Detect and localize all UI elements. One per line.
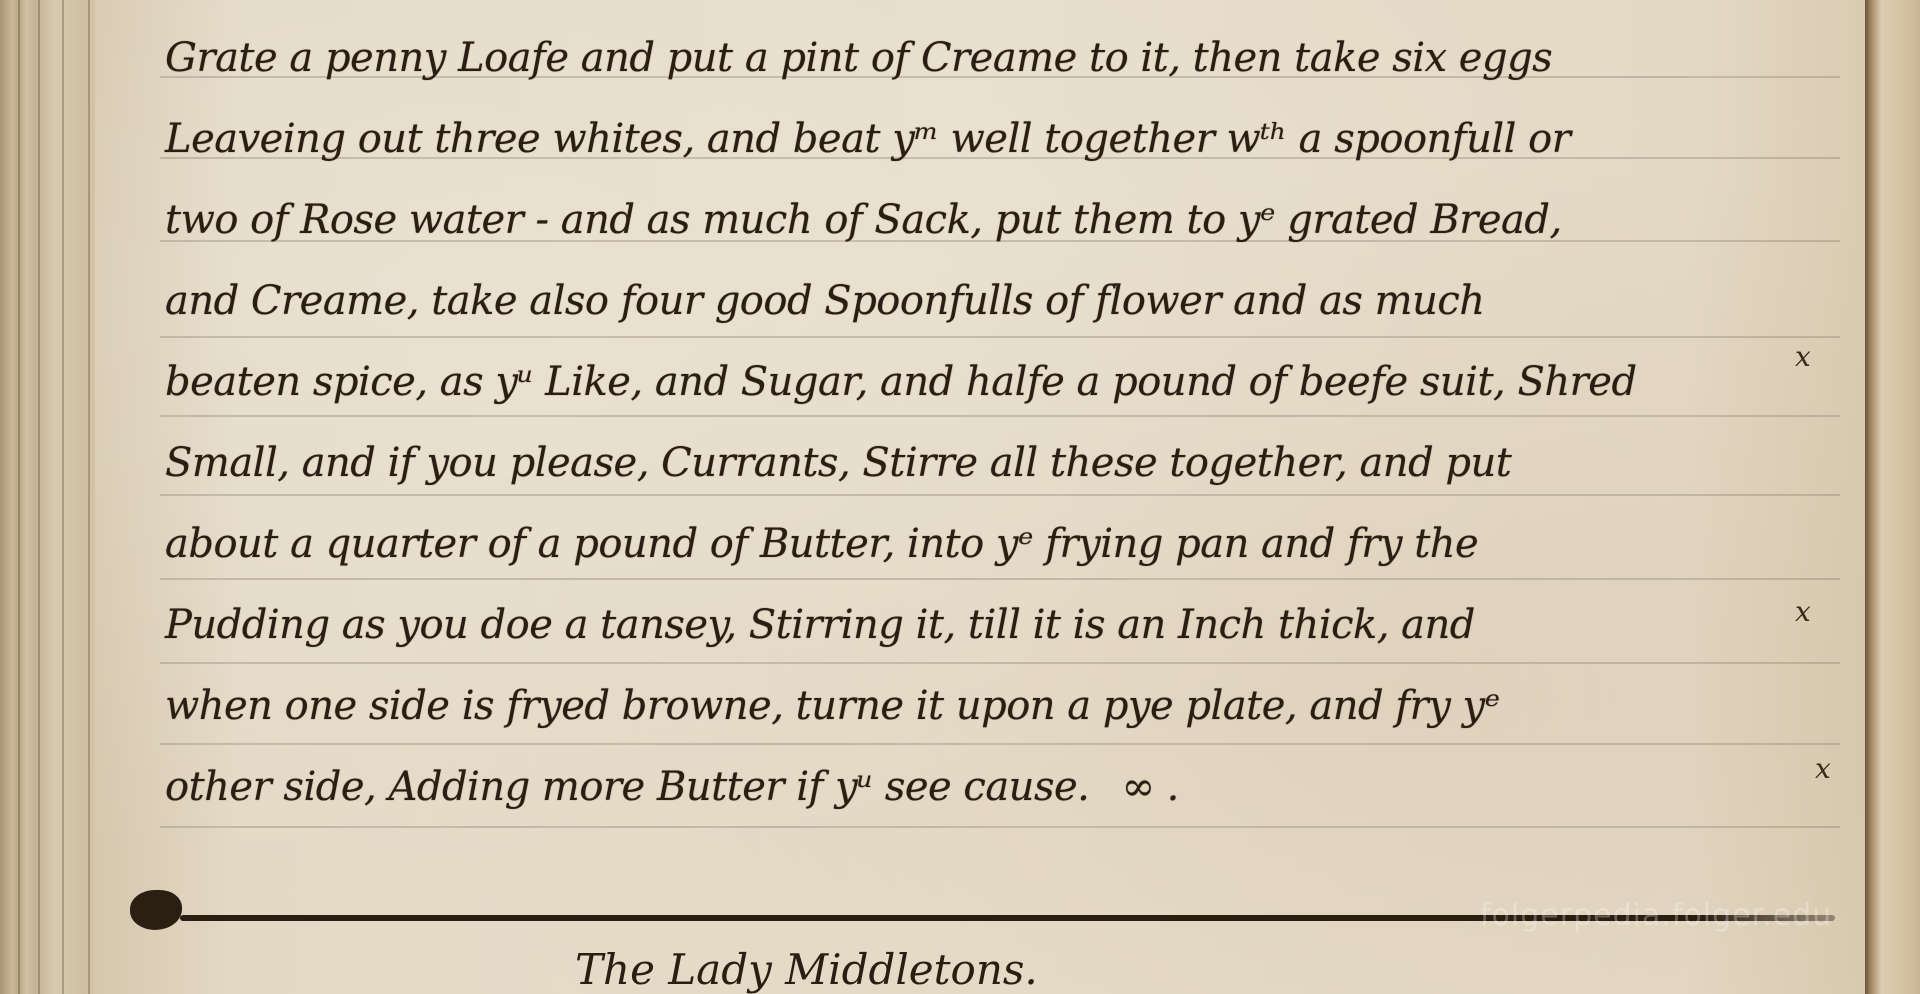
recipe-line-10: other side, Adding more Butter if yᵘ see… [165, 747, 1845, 828]
watermark: folgerpedia.folger.edu [1480, 898, 1832, 933]
page-edge-line [38, 0, 40, 994]
recipe-line-6: Small, and if you please, Currants, Stir… [165, 423, 1845, 504]
recipe-line-9: when one side is fryed browne, turne it … [165, 666, 1845, 747]
end-flourish: ∞ . [1122, 764, 1179, 810]
recipe-line-4: and Creame, take also four good Spoonful… [165, 261, 1845, 342]
recipe-line-8: Pudding as you doe a tansey, Stirring it… [165, 585, 1845, 666]
margin-mark: x [1795, 340, 1811, 373]
recipe-text: Grate a penny Loafe and put a pint of Cr… [165, 18, 1845, 828]
margin-mark: x [1815, 752, 1831, 785]
recipe-line-2: Leaveing out three whites, and beat yᵐ w… [165, 99, 1845, 180]
page-edge-line [88, 0, 90, 994]
recipe-line-5: beaten spice, as yᵘ Like, and Sugar, and… [165, 342, 1845, 423]
next-recipe-heading: The Lady Middletons. [575, 945, 1038, 994]
recipe-line-1: Grate a penny Loafe and put a pint of Cr… [165, 18, 1845, 99]
recipe-line-3: two of Rose water - and as much of Sack,… [165, 180, 1845, 261]
facing-page-edge [1865, 0, 1920, 994]
page-edge-line [18, 0, 20, 994]
recipe-line-7: about a quarter of a pound of Butter, in… [165, 504, 1845, 585]
page-edge-line [62, 0, 64, 994]
margin-mark: x [1795, 595, 1811, 628]
recipe-line-10-text: other side, Adding more Butter if yᵘ see… [165, 764, 1089, 810]
